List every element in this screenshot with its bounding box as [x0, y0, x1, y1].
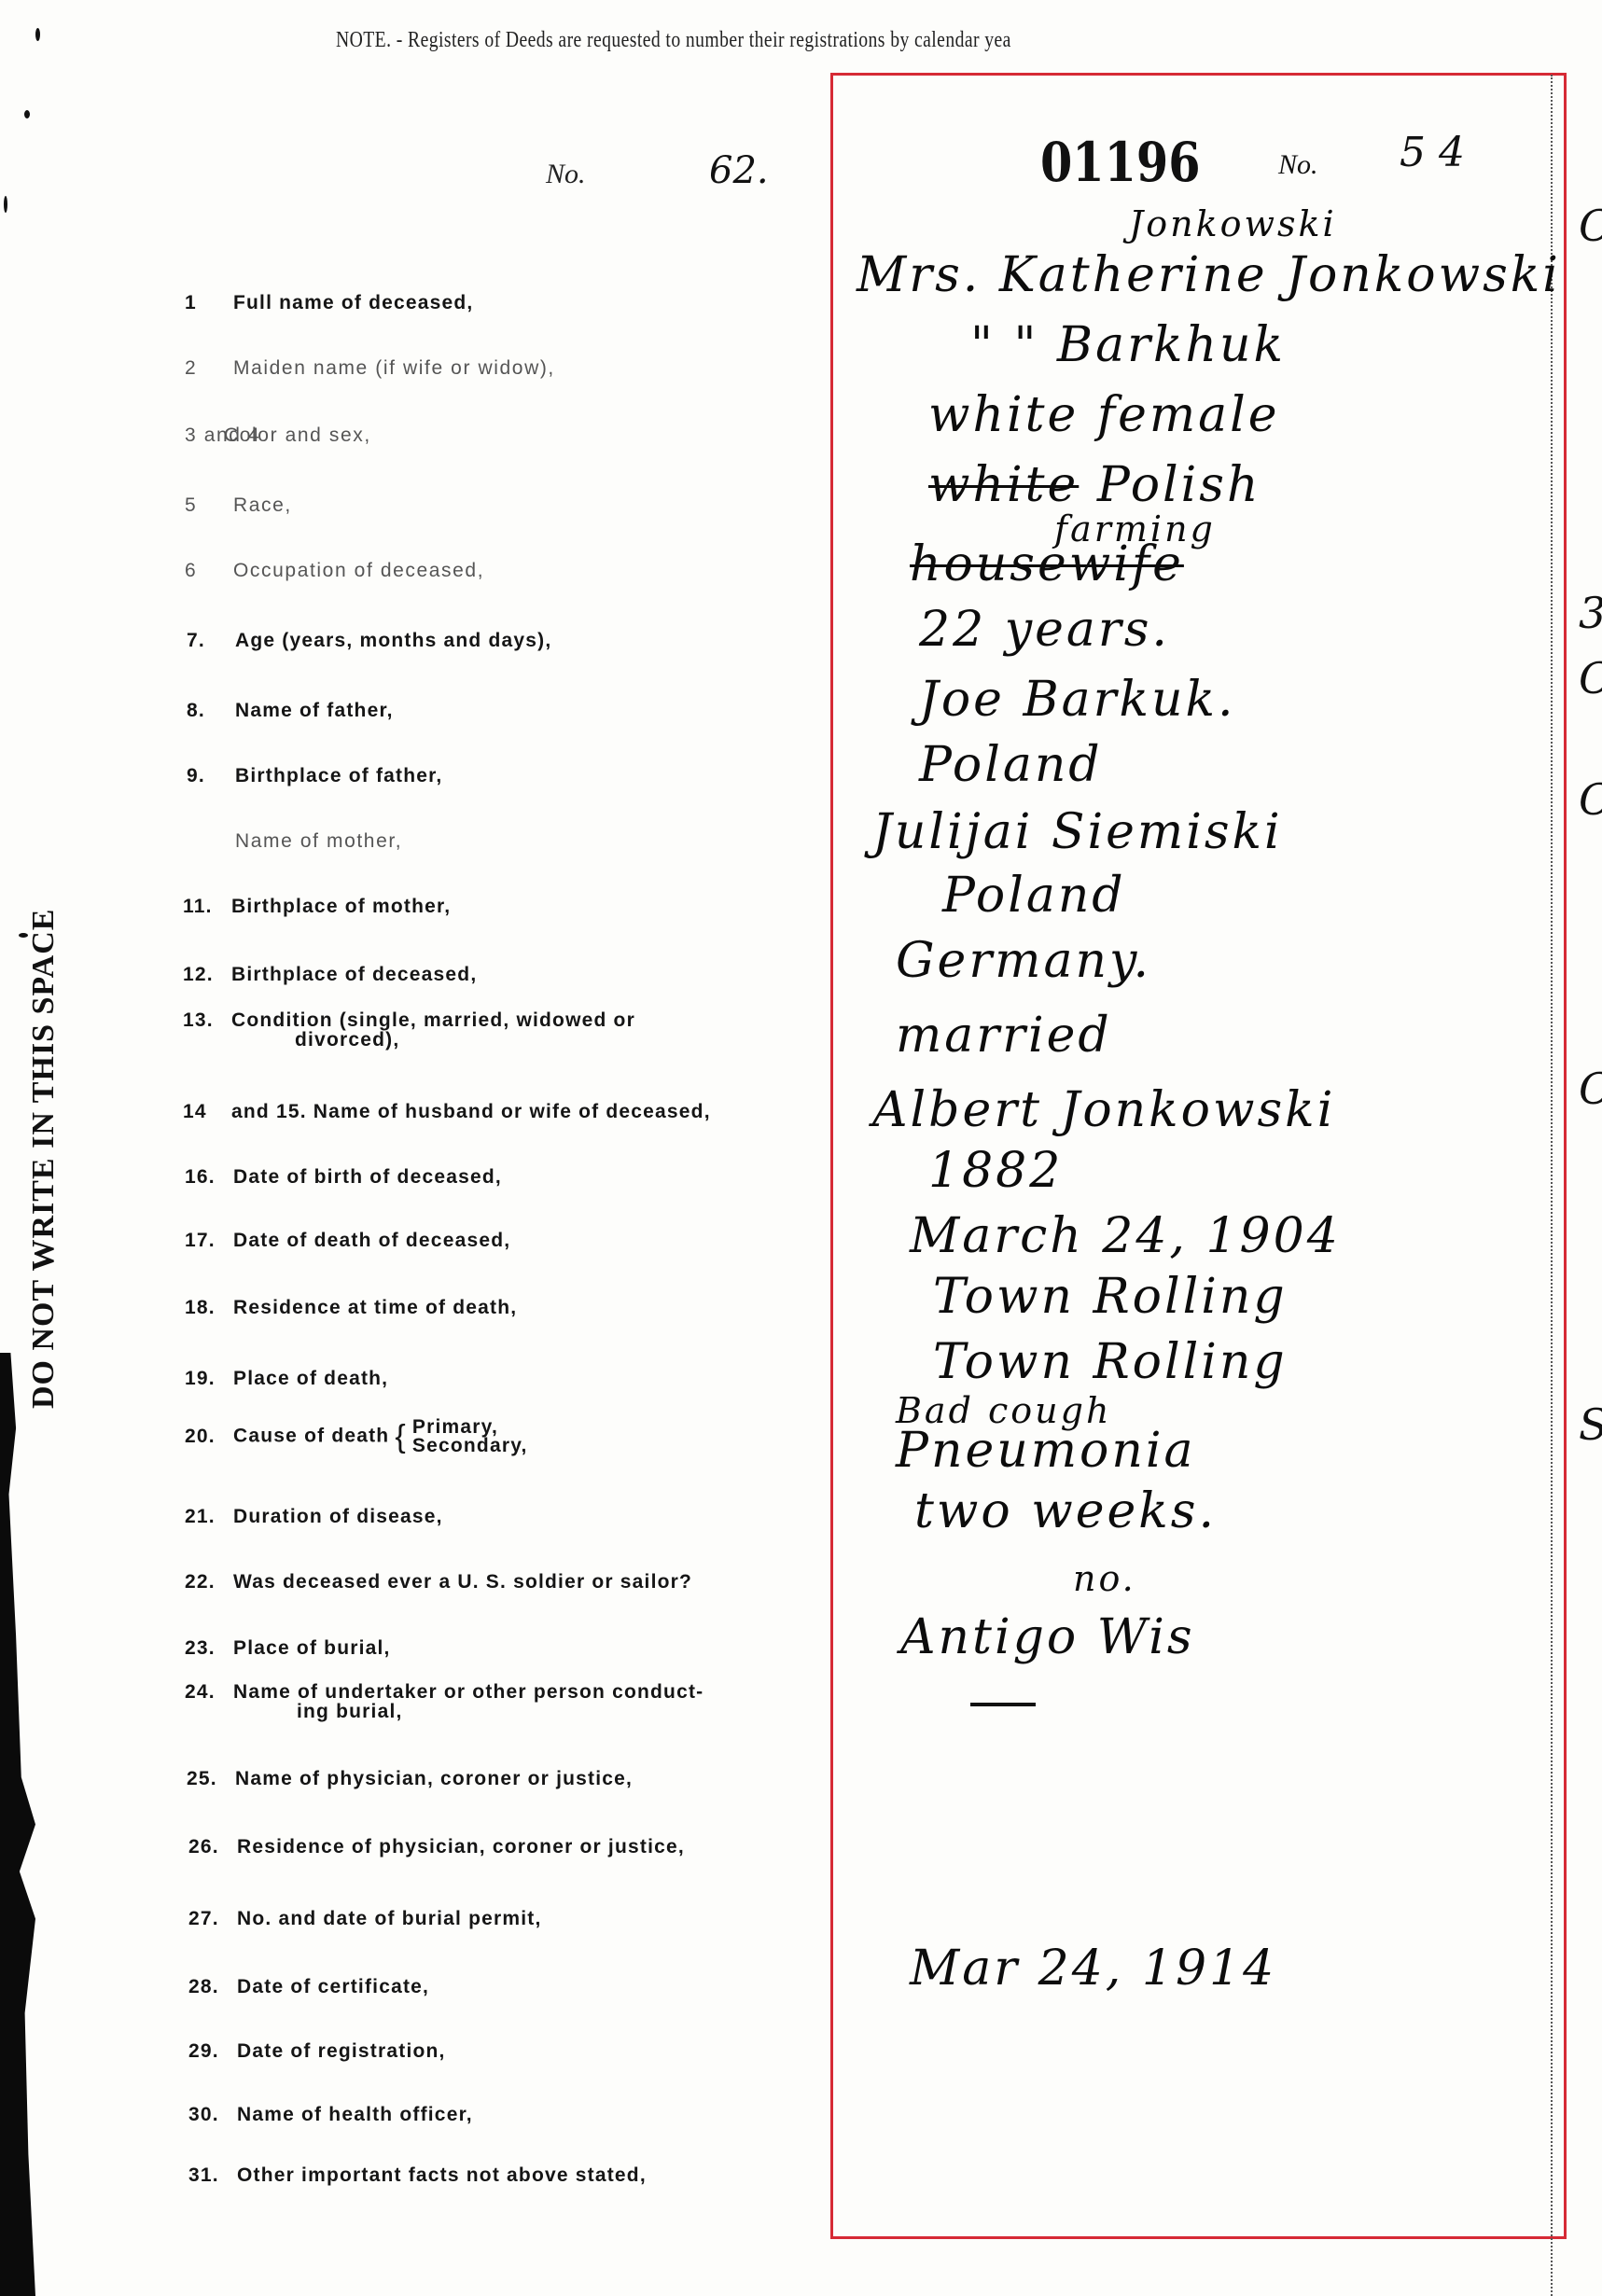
- left-number-value: 62.: [709, 149, 769, 192]
- field-label: 29.Date of registration,: [188, 2040, 446, 2063]
- entry-residence: Town Rolling: [933, 1269, 1288, 1325]
- field-label: 2Maiden name (if wife or widow),: [185, 357, 555, 380]
- field-label: 27.No. and date of burial permit,: [188, 1908, 542, 1930]
- entry-race: white Polish: [928, 457, 1261, 513]
- scan-edge-shadow: [0, 1353, 35, 2296]
- entry-color-sex: white female: [928, 387, 1280, 443]
- entry-father-birthplace: Poland: [919, 737, 1103, 793]
- do-not-write-notice: DO NOT WRITE IN THIS SPACE: [26, 909, 62, 1409]
- entry-occupation-struck: housewife: [910, 536, 1184, 592]
- entry-maiden-name: " " Barkhuk: [970, 317, 1286, 373]
- field-label: 25.Name of physician, coroner or justice…: [187, 1768, 633, 1790]
- field-label: 1Full name of deceased,: [185, 292, 473, 314]
- scan-speck: [24, 110, 30, 118]
- field-label: 13.Condition (single, married, widowed o…: [183, 1010, 635, 1050]
- field-label: 26.Residence of physician, coroner or ju…: [188, 1836, 685, 1858]
- scan-speck: [35, 28, 40, 41]
- edge-fragment: S: [1579, 1399, 1602, 1450]
- left-number-label: No.: [546, 159, 586, 190]
- entry-place-of-death: Town Rolling: [933, 1334, 1288, 1390]
- entry-birth-date: 1882: [928, 1143, 1063, 1199]
- field-label: 24.Name of undertaker or other person co…: [185, 1682, 703, 1721]
- field-label: 8.Name of father,: [187, 700, 394, 722]
- entry-mother-name: Julijai Siemiski: [872, 804, 1283, 860]
- field-label: 22.Was deceased ever a U. S. soldier or …: [185, 1571, 692, 1593]
- edge-fragment: C: [1579, 1064, 1602, 1114]
- field-label: 16.Date of birth of deceased,: [185, 1166, 502, 1189]
- registrar-note: NOTE. - Registers of Deeds are requested…: [336, 28, 1011, 53]
- record-number-label: No.: [1278, 149, 1318, 181]
- field-label: 6Occupation of deceased,: [185, 560, 484, 582]
- entry-undertaker-dash: [970, 1703, 1036, 1706]
- field-label: 21.Duration of disease,: [185, 1506, 443, 1528]
- entry-cause-secondary: Pneumonia: [896, 1423, 1195, 1479]
- edge-fragment: C: [1579, 653, 1602, 703]
- entry-race-value: Polish: [1097, 457, 1261, 513]
- edge-fragment: 3: [1579, 588, 1602, 638]
- field-label: 12.Birthplace of deceased,: [183, 964, 477, 986]
- field-label: 10.Name of mother,: [187, 830, 402, 853]
- entry-duration: two weeks.: [914, 1483, 1217, 1539]
- field-label: 31.Other important facts not above state…: [188, 2164, 647, 2187]
- field-label: 23.Place of burial,: [185, 1637, 391, 1660]
- entry-soldier: no.: [1073, 1558, 1136, 1599]
- field-label: 18.Residence at time of death,: [185, 1297, 517, 1319]
- column-divider: [1551, 75, 1553, 2296]
- entry-surname-correction: Jonkowski: [1129, 203, 1337, 244]
- entry-full-name: Mrs. Katherine Jonkowski: [857, 247, 1561, 303]
- field-label: 14and 15. Name of husband or wife of dec…: [183, 1101, 711, 1123]
- field-label: 19.Place of death,: [185, 1368, 388, 1390]
- field-label: 7.Age (years, months and days),: [187, 630, 551, 652]
- entry-certificate-date: Mar 24, 1914: [910, 1941, 1276, 1997]
- edge-fragment: C: [1579, 201, 1602, 251]
- entry-spouse: Albert Jonkowski: [872, 1082, 1335, 1138]
- entry-mother-birthplace: Poland: [942, 868, 1126, 924]
- field-label: 17.Date of death of deceased,: [185, 1230, 510, 1252]
- entry-birthplace: Germany.: [896, 933, 1151, 989]
- record-number-value: 5 4: [1400, 129, 1465, 176]
- entry-age: 22 years.: [919, 602, 1170, 658]
- scan-speck: [4, 196, 7, 213]
- entry-condition: married: [896, 1008, 1112, 1064]
- struck-text: white: [928, 457, 1079, 513]
- entry-death-date: March 24, 1904: [910, 1208, 1341, 1264]
- field-label: 20.Cause of death{Primary,Secondary,: [185, 1418, 528, 1455]
- entry-father-name: Joe Barkuk.: [919, 672, 1236, 728]
- edge-fragment: C: [1579, 774, 1602, 825]
- field-label: 30.Name of health officer,: [188, 2104, 473, 2126]
- certificate-number-stamp: 01196: [1040, 131, 1201, 194]
- field-label: 3 and 4Color and sex,: [185, 424, 371, 447]
- field-label: 9.Birthplace of father,: [187, 765, 442, 787]
- field-label: 28.Date of certificate,: [188, 1976, 429, 1998]
- field-label: 11.Birthplace of mother,: [183, 896, 451, 918]
- field-label: 5Race,: [185, 494, 292, 517]
- entry-burial-place: Antigo Wis: [900, 1609, 1195, 1665]
